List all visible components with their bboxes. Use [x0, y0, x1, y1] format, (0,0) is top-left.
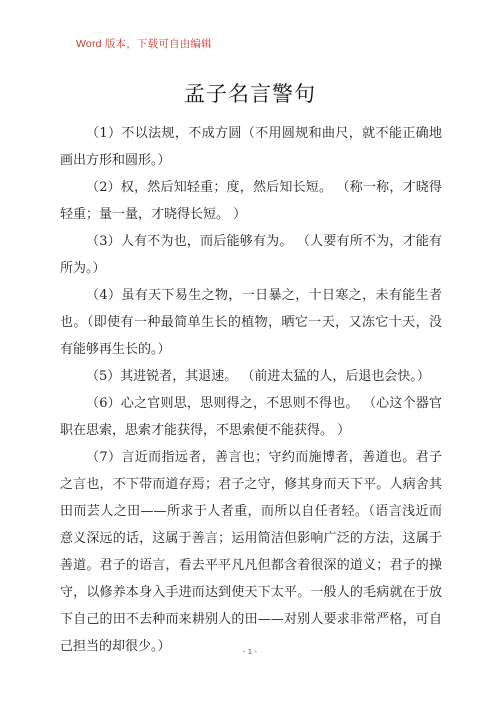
quote-paragraph-1: （1）不以法规，不成方圆（不用圆规和曲尺，就不能正确地画出方形和圆形。）	[60, 120, 442, 174]
quote-paragraph-2: （2）权，然后知轻重；度，然后知长短。 （称一称，才晓得轻重；量一量，才晓得长短…	[60, 174, 442, 228]
quote-paragraph-5: （5）其进锐者，其退速。 （前进太猛的人，后退也会快。）	[60, 363, 442, 390]
quote-paragraph-3: （3）人有不为也，而后能够有为。 （人要有所不为，才能有所为。）	[60, 228, 442, 282]
header-note: Word 版本，下载可自由编辑	[76, 36, 212, 51]
page-title: 孟子名言警句	[0, 78, 500, 108]
quote-paragraph-7: （7）言近而指远者，善言也；守约而施博者，善道也。君子之言也，不下带而道存焉；君…	[60, 444, 442, 660]
quote-paragraph-6: （6）心之官则思，思则得之，不思则不得也。 （心这个器官职在思索，思索才能获得，…	[60, 390, 442, 444]
quote-paragraph-4: （4）虽有天下易生之物，一日暴之，十日寒之，未有能生者也。（即使有一种最简单生长…	[60, 282, 442, 363]
document-body: （1）不以法规，不成方圆（不用圆规和曲尺，就不能正确地画出方形和圆形。） （2）…	[60, 120, 442, 660]
page-number: - 1 -	[0, 648, 500, 656]
